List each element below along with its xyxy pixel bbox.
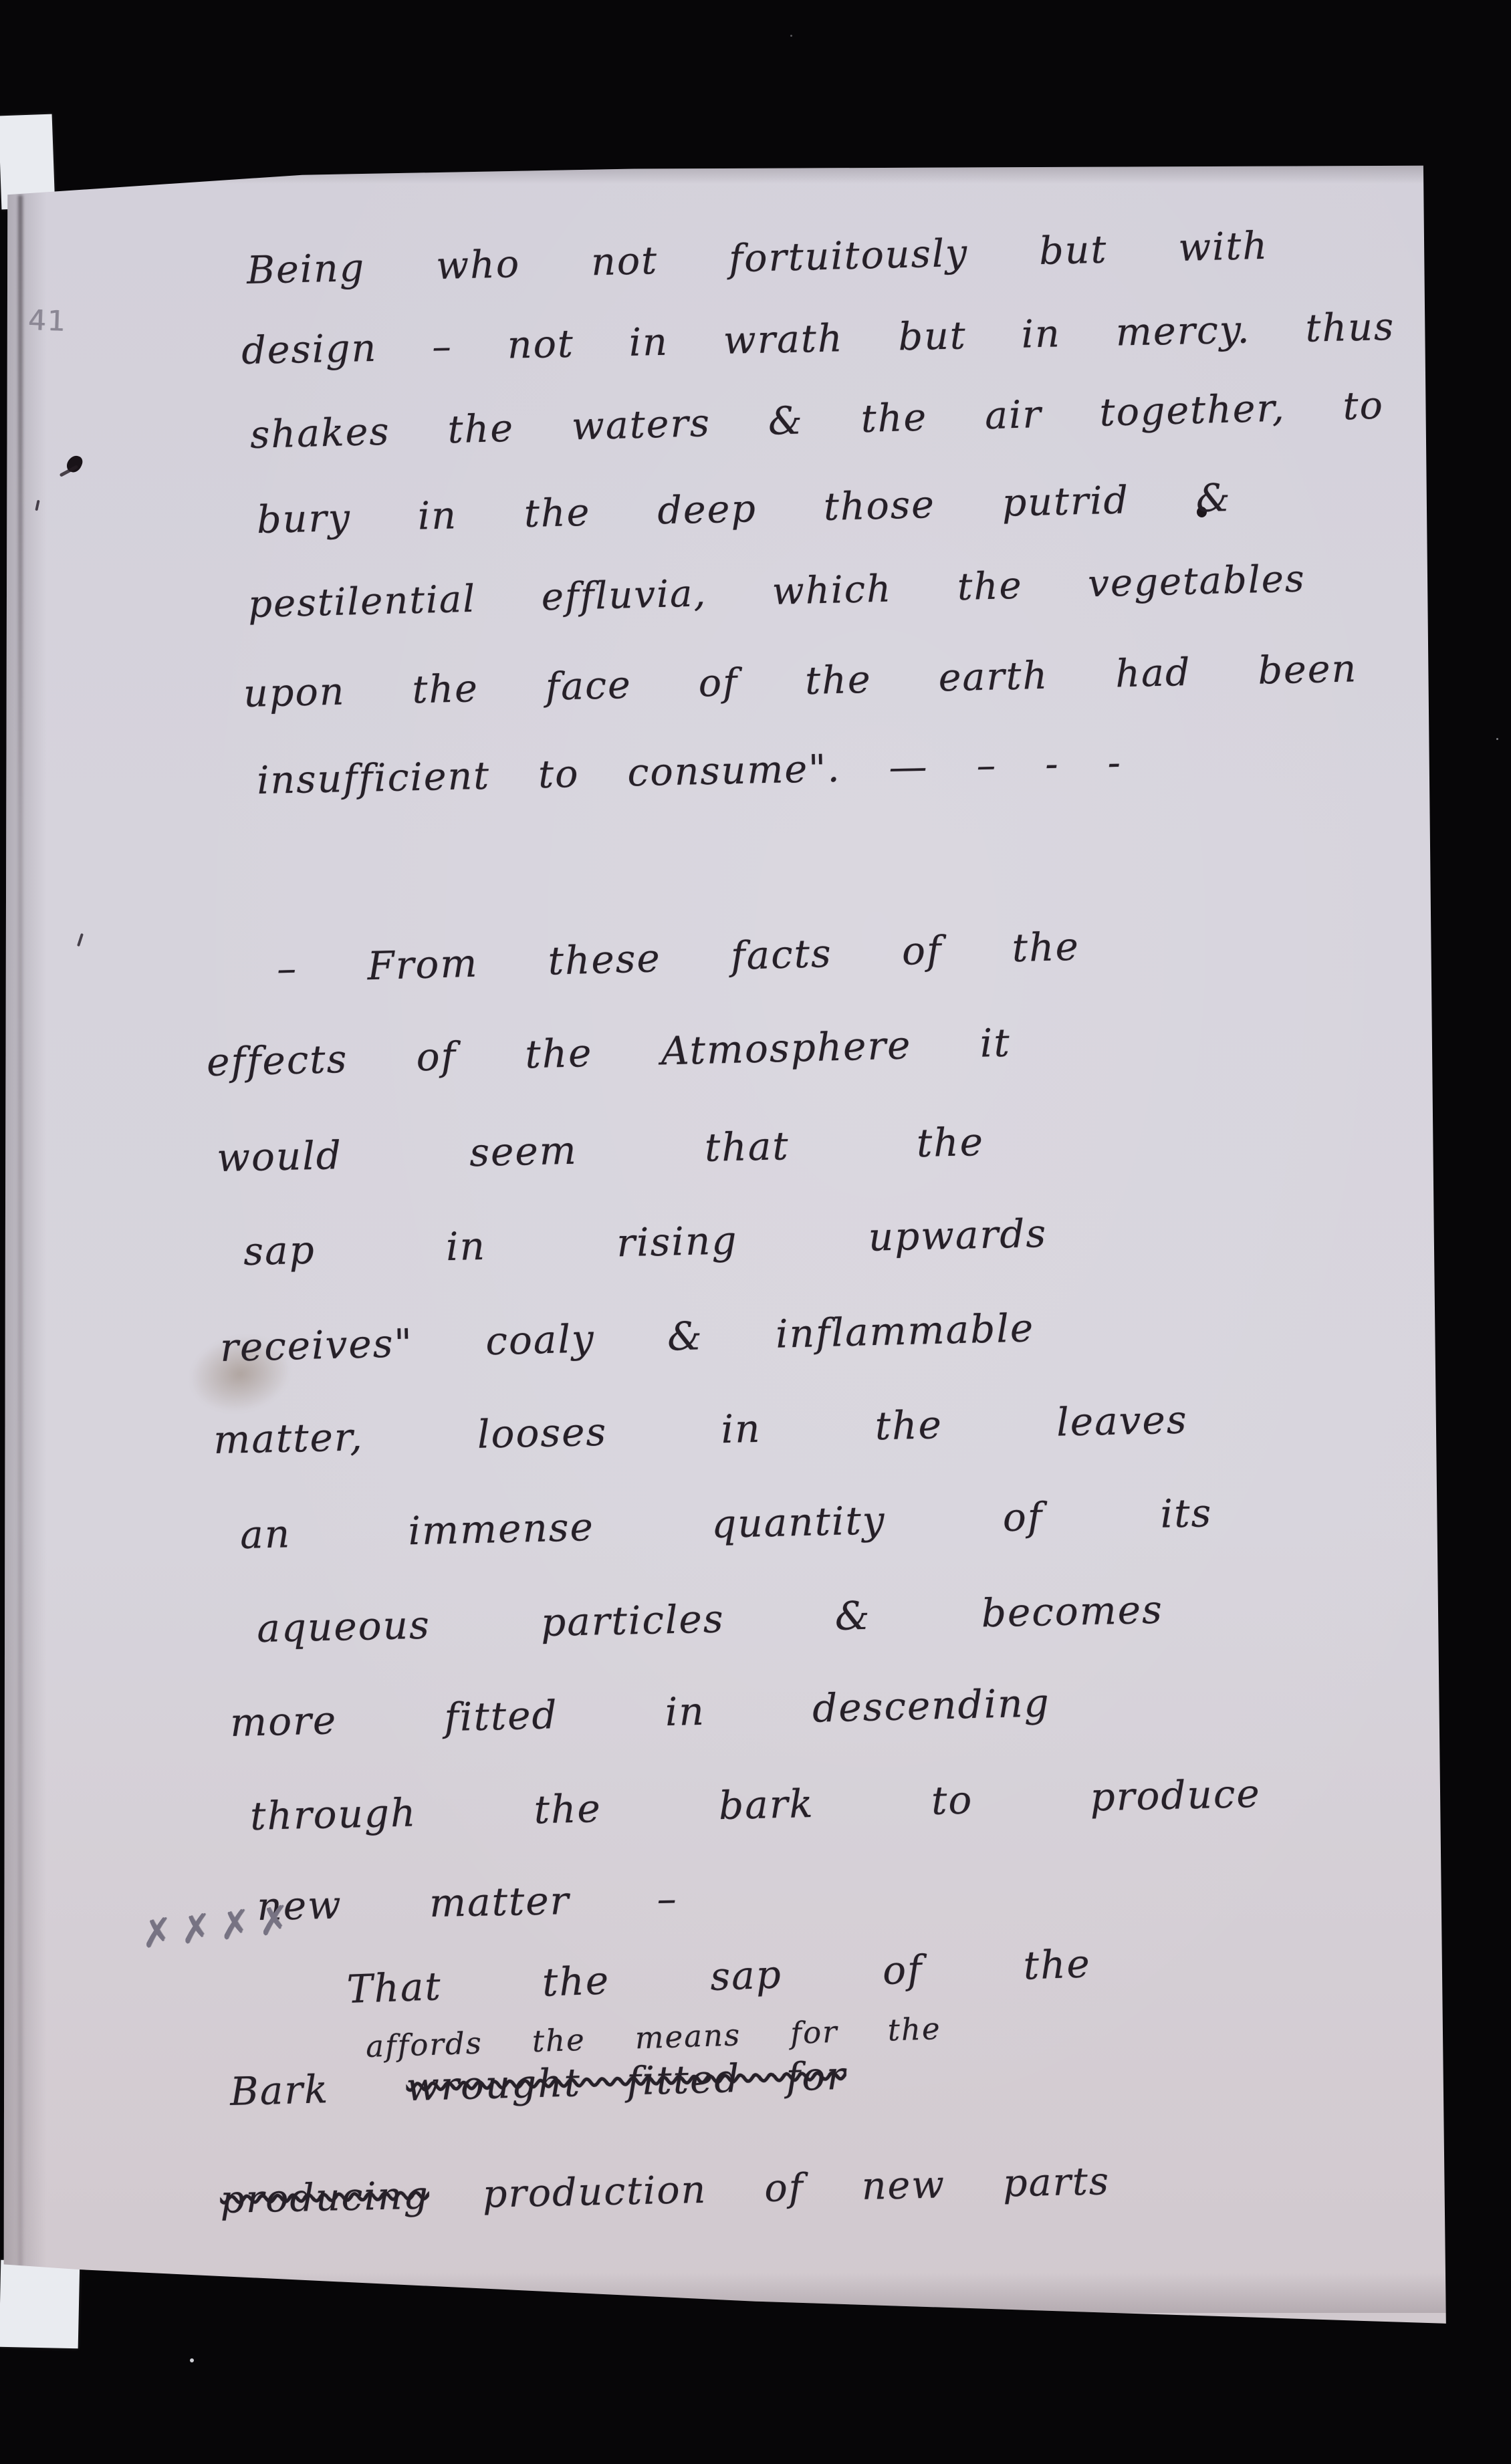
dust-speck [190,2358,194,2362]
manuscript-line: aqueous particles & becomes [257,1587,1164,1651]
binding-crease [18,195,23,2267]
margin-cross-marks: ✗✗✗✗ [138,1896,299,1957]
manuscript-line: through the bark to produce [249,1771,1261,1839]
manuscript-line: Bark wrought fitted for [229,2053,846,2114]
manuscript-line: effects of the Atmosphere it [206,1020,1011,1085]
page-edge-shading [0,164,1511,184]
manuscript-line: an immense quantity of its [239,1490,1213,1558]
manuscript-line: insufficient to consume". — – - - [257,741,1123,803]
struck-out-text: wrought fitted for [406,2053,847,2110]
manuscript-line: more fitted in descending [229,1680,1050,1745]
manuscript-line: design – not in wrath but in mercy. thus [241,305,1395,373]
manuscript-line: sap in rising upwards [243,1211,1047,1274]
page-edge-shading [0,164,47,2290]
struck-out-text: producing [220,2173,430,2222]
manuscript-line: shakes the waters & the air together, to [249,384,1384,457]
manuscript-phrase: production of new parts [482,2159,1110,2217]
manuscript-line: new matter – [257,1876,679,1929]
dust-speck [1496,738,1498,740]
paper-slip-bottom-left [0,2260,80,2348]
manuscript-line: bury in the deep those putrid & [257,476,1232,542]
photograph-of-manuscript: { "page": { "number": "41", "margin_mark… [0,0,1511,2464]
manuscript-page: 41 Being who not fortuitously but with d… [0,0,1511,2464]
stray-ink-tick [77,933,84,947]
page-edge-shading [0,2273,1511,2313]
manuscript-line: That the sap of the [346,1941,1092,2012]
page-number: 41 [27,303,67,338]
manuscript-line: producing production of new parts [220,2159,1111,2222]
manuscript-line: pestilential effluvia, which the vegetab… [247,557,1306,626]
manuscript-line: Being who not fortuitously but with [246,224,1268,293]
manuscript-line: – From these facts of the [276,923,1080,991]
manuscript-line: would seem that the [217,1119,985,1181]
manuscript-line: matter, looses in the leaves [213,1396,1189,1463]
manuscript-word: Bark [229,2066,330,2114]
manuscript-line: upon the face of the earth had been [243,646,1358,716]
interlinear-insertion: affords the means for the [365,2011,941,2064]
manuscript-line: receives" coaly & inflammable [219,1305,1035,1370]
dust-speck [790,35,792,37]
